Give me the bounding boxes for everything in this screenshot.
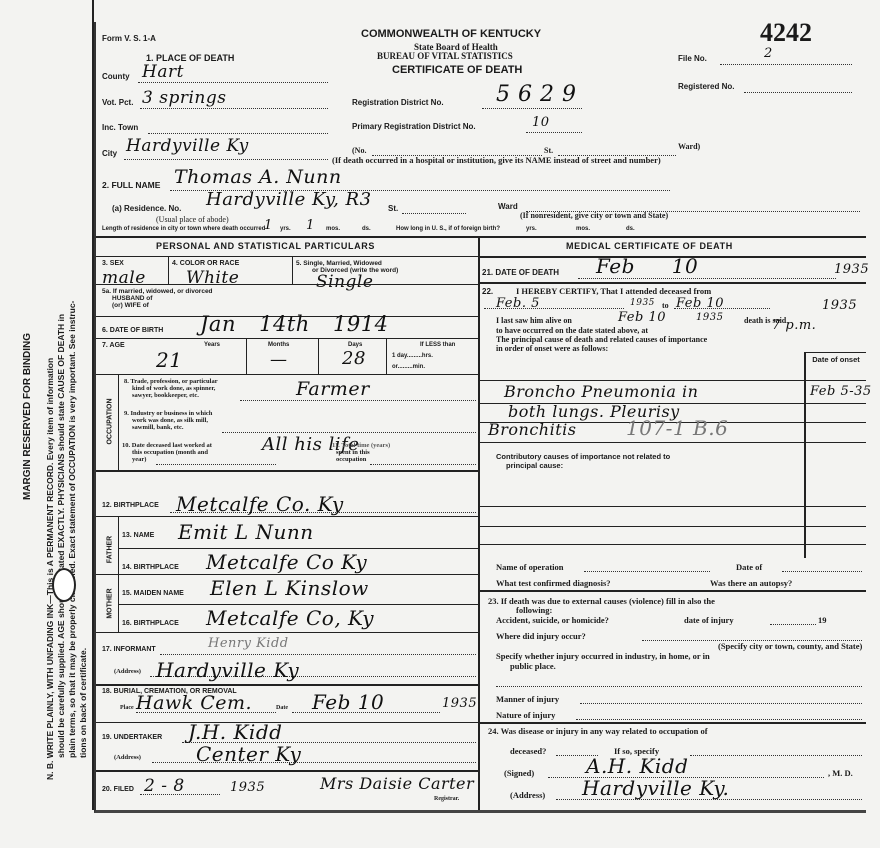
operation-label: Name of operation [496, 562, 564, 572]
margin-note-1: N. B. WRITE PLAINLY, WITH UNFADING INK—T… [45, 358, 56, 780]
father-birthplace-value: Metcalfe Co Ky [206, 550, 367, 574]
spouse-label-3: (or) WIFE of [112, 302, 149, 309]
file-no-label: File No. [678, 54, 707, 63]
marital-label-1: 5. Single, Married, Widowed [296, 260, 382, 267]
city-label: City [102, 149, 117, 158]
specify-text-2: public place. [510, 661, 556, 671]
informant-address-value: Hardyville Ky [156, 658, 299, 682]
death-certificate-scan: MARGIN RESERVED FOR BINDING N. B. WRITE … [0, 0, 880, 848]
certificate-form: Form V. S. 1-A 1. PLACE OF DEATH COMMONW… [94, 22, 866, 813]
usual-place-note: (Usual place of abode) [156, 215, 229, 224]
occ8-label-2: kind of work done, as spinner, [132, 385, 215, 392]
age-label: 7. AGE [102, 342, 125, 349]
vot-pct-value: 3 springs [142, 88, 226, 108]
registrar-label: Registrar. [434, 796, 459, 802]
filed-date-value: 2 - 8 [144, 776, 185, 796]
time-of-death-value: 7 p.m. [772, 318, 816, 333]
personal-section-title: PERSONAL AND STATISTICAL PARTICULARS [156, 241, 375, 251]
date-of-death-label: 21. DATE OF DEATH [482, 268, 559, 277]
birthplace-label: 12. BIRTHPLACE [102, 502, 159, 509]
less-min: or.........min. [392, 364, 425, 370]
burial-year-value: 1935 [442, 696, 477, 711]
onset-header: Date of onset [812, 355, 860, 364]
occupation-value: Farmer [296, 378, 370, 400]
city-value: Hardyville Ky [126, 136, 249, 156]
where-injury-label: Where did injury occur? [496, 631, 586, 641]
undertaker-address-value: Center Ky [196, 742, 301, 766]
birthplace-value: Metcalfe Co. Ky [176, 492, 344, 516]
certificate-title: CERTIFICATE OF DEATH [392, 64, 522, 76]
cause-code: 107-1 B.6 [626, 416, 728, 440]
registration-district-label: Registration District No. [352, 98, 444, 107]
physician-signature: A.H. Kidd [586, 754, 688, 778]
undertaker-label: 19. UNDERTAKER [102, 734, 162, 741]
test-confirmed-label: What test confirmed diagnosis? [496, 578, 611, 588]
occ10-label-2: this occupation (month and [132, 449, 208, 456]
commonwealth-title: COMMONWEALTH OF KENTUCKY [361, 28, 541, 40]
filed-label: 20. FILED [102, 786, 134, 793]
margin-note-4: tions on back of certificate. [78, 648, 89, 758]
color-race-label: 4. COLOR OR RACE [172, 260, 239, 267]
injury-date-label: date of injury [684, 615, 734, 625]
dob-value: Jan 14th 1914 [200, 312, 388, 336]
father-name-label: 13. NAME [122, 532, 154, 539]
father-side-label: FATHER [107, 530, 114, 570]
informant-value: Henry Kidd [208, 636, 289, 651]
occ11-label-2: spent in this [336, 449, 370, 456]
contributory-text-2: principal cause: [506, 461, 563, 470]
nature-injury-label: Nature of injury [496, 710, 555, 720]
foreign-ds-label: ds. [626, 226, 635, 232]
marital-value: Single [316, 272, 373, 292]
residence-label: (a) Residence. No. [112, 204, 181, 213]
certify-text: I HEREBY CERTIFY, That I attended deceas… [516, 286, 711, 296]
principal-text-1: The principal cause of death and related… [496, 335, 707, 344]
occ11-label-3: occupation [336, 456, 366, 463]
length-years-value: 1 [264, 218, 273, 233]
occ9-label-1: 9. Industry or business in which [124, 410, 212, 417]
residence-ward-label: Ward [498, 202, 518, 211]
mother-birthplace-label: 16. BIRTHPLACE [122, 620, 179, 627]
father-birthplace-label: 14. BIRTHPLACE [122, 564, 179, 571]
onset-date-value: Feb 5-35 [810, 384, 872, 399]
date-of-death-value: Feb 10 [596, 254, 698, 278]
age-days-value: 28 [342, 348, 366, 369]
occurred-text: to have occurred on the date stated abov… [496, 326, 648, 335]
sex-value: male [102, 268, 146, 288]
signed-label: (Signed) [504, 768, 534, 778]
undertaker-value: J.H. Kidd [188, 720, 282, 744]
age-years-label: Years [204, 342, 220, 348]
margin-note-2: should be carefully supplied. AGE should… [56, 314, 67, 758]
physician-address-value: Hardyville Ky. [582, 776, 729, 800]
last-saw-text: I last saw him alive on [496, 316, 572, 325]
cause-line-1: Broncho Pneumonia in [504, 382, 698, 401]
mother-birthplace-value: Metcalfe Co, Ky [206, 606, 374, 630]
undertaker-address-label: (Address) [114, 754, 141, 761]
residence-st-label: St. [388, 204, 398, 213]
registrar-signature: Mrs Daisie Carter [320, 774, 474, 793]
burial-place-value: Hawk Cem. [136, 692, 252, 714]
occ11-label-1: 11. Total time (years) [332, 442, 390, 449]
street-no-label: (No. [352, 146, 366, 155]
county-label: County [102, 72, 130, 81]
registered-no-label: Registered No. [678, 82, 734, 91]
foreign-yrs-label: yrs. [526, 226, 537, 232]
mother-name-value: Elen L Kinslow [210, 576, 369, 600]
dob-label: 6. DATE OF BIRTH [102, 327, 163, 334]
accident-label: Accident, suicide, or homicide? [496, 615, 609, 625]
length-months-value: 1 [306, 218, 315, 233]
binding-hole-icon [52, 568, 76, 602]
primary-district-label: Primary Registration District No. [352, 122, 476, 131]
primary-district-value: 10 [532, 115, 550, 130]
length-ds-label: ds. [362, 226, 371, 232]
age-months-label: Months [268, 342, 289, 348]
mother-side-label: MOTHER [107, 584, 114, 624]
foreign-mos-label: mos. [576, 226, 590, 232]
nonresident-note: (If nonresident, give city or town and S… [520, 211, 668, 220]
specify-text-1: Specify whether injury occurred in indus… [496, 651, 710, 661]
md-label: , M. D. [828, 768, 853, 778]
length-mos-label: mos. [326, 226, 340, 232]
occupation-side-label: OCCUPATION [107, 392, 114, 452]
last-saw-year: 1935 [696, 312, 723, 323]
color-race-value: White [186, 268, 239, 288]
occ10-label-1: 10. Date deceased last worked at [122, 442, 212, 449]
injury-year-label: 19 [818, 615, 827, 625]
informant-label: 17. INFORMANT [102, 646, 156, 653]
operation-date-label: Date of [736, 562, 762, 572]
vot-pct-label: Vot. Pct. [102, 98, 133, 107]
inc-town-label: Inc. Town [102, 123, 138, 132]
street-label: St. [544, 146, 553, 155]
spouse-label-2: HUSBAND of [112, 295, 152, 302]
autopsy-label: Was there an autopsy? [710, 578, 792, 588]
burial-date-label: Date [276, 705, 288, 711]
margin-note-3: plain terms, so that it may be properly … [67, 301, 78, 758]
binding-margin: MARGIN RESERVED FOR BINDING N. B. WRITE … [0, 0, 94, 810]
mother-name-label: 15. MAIDEN NAME [122, 590, 184, 597]
manner-injury-label: Manner of injury [496, 694, 559, 704]
occ10-label-3: year) [132, 456, 146, 463]
less-day-hrs: 1 day.........hrs. [392, 353, 433, 359]
burial-place-label: Place [120, 705, 134, 711]
q23-text-2: following: [516, 605, 552, 615]
file-no-value: 2 [764, 46, 773, 61]
foreign-birth-label: How long in U. S., if of foreign birth? [396, 226, 500, 232]
full-name-label: 2. FULL NAME [102, 180, 160, 190]
form-number: Form V. S. 1-A [102, 34, 156, 43]
length-residence-label: Length of residence in city or town wher… [102, 226, 265, 232]
registration-district-value: 5629 [496, 82, 584, 107]
certify-number: 22. [482, 287, 493, 296]
principal-text-2: in order of onset were as follows: [496, 344, 608, 353]
occ9-label-2: work was done, as silk mill, [132, 417, 208, 424]
margin-reserved-label: MARGIN RESERVED FOR BINDING [22, 333, 33, 500]
last-saw-value: Feb 10 [618, 310, 666, 325]
ward-label: Ward) [678, 142, 700, 151]
sex-label: 3. SEX [102, 260, 124, 267]
hospital-note: (If death occurred in a hospital or inst… [332, 155, 661, 165]
occ8-label-1: 8. Trade, profession, or particular [124, 378, 218, 385]
burial-date-value: Feb 10 [312, 690, 384, 714]
attended-from-year: 1935 [630, 298, 655, 308]
attended-to-year: 1935 [822, 298, 857, 313]
residence-value: Hardyville Ky, R3 [206, 189, 372, 210]
county-value: Hart [142, 62, 184, 82]
informant-address-label: (Address) [114, 668, 141, 675]
date-of-death-year: 1935 [834, 262, 869, 277]
attended-to-label: to [662, 301, 669, 310]
age-months-value: — [270, 350, 288, 370]
father-name-value: Emit L Nunn [178, 520, 314, 544]
contributory-text-1: Contributory causes of importance not re… [496, 452, 670, 461]
spouse-label-1: 5a. If married, widowed, or divorced [102, 288, 213, 295]
filed-year-value: 1935 [230, 780, 265, 795]
occ9-label-3: sawmill, bank, etc. [132, 424, 183, 431]
full-name-value: Thomas A. Nunn [174, 166, 342, 188]
length-yrs-label: yrs. [280, 226, 291, 232]
physician-address-label: (Address) [510, 790, 545, 800]
where-injury-note: (Specify city or town, county, and State… [718, 641, 862, 651]
certificate-number: 4242 [760, 18, 812, 48]
less-than-label: If LESS than [420, 342, 455, 348]
occ8-label-3: sawyer, bookkeeper, etc. [132, 392, 199, 399]
medical-section-title: MEDICAL CERTIFICATE OF DEATH [566, 241, 733, 251]
age-years-value: 21 [156, 348, 182, 372]
deceased-label: deceased? [510, 746, 546, 756]
cause-line-3: Bronchitis [488, 420, 576, 439]
bureau-title: BUREAU OF VITAL STATISTICS [377, 51, 513, 61]
q24-text: 24. Was disease or injury in any way rel… [488, 726, 708, 736]
